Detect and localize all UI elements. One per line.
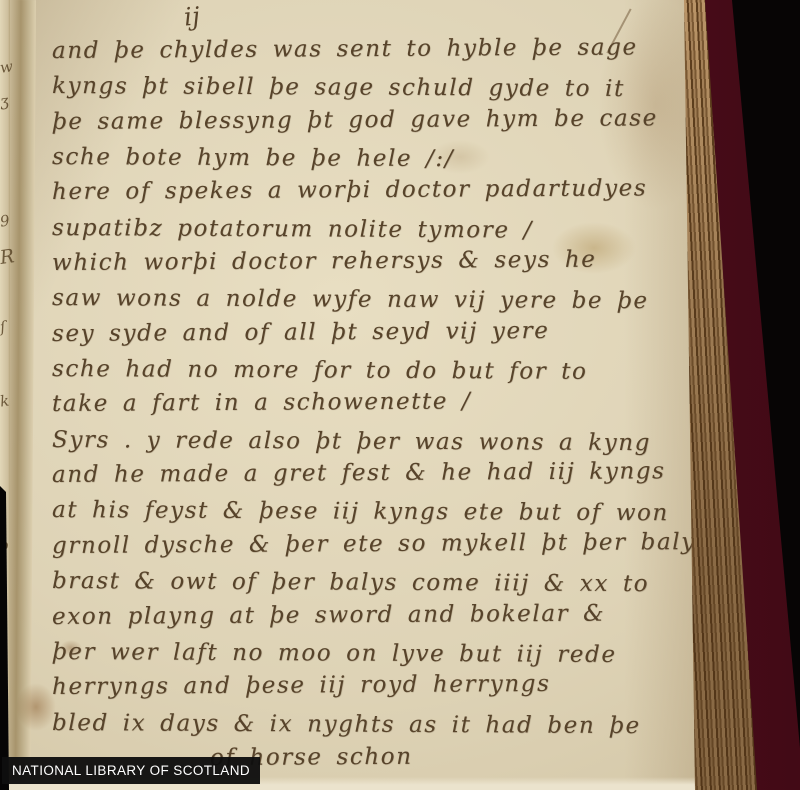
manuscript-line: and þe chyldes was sent to hyble þe sage [52, 30, 712, 69]
manuscript-text: and þe chyldes was sent to hyble þe sage… [52, 34, 712, 776]
manuscript-line: sey syde and of all þt seyd vij yere [52, 313, 712, 352]
manuscript-line: and he made a gret fest & he had iij kyn… [52, 454, 712, 493]
manuscript-line: of horse schon [210, 738, 712, 776]
manuscript-line: here of spekes a worþi doctor padartudye… [52, 171, 712, 210]
manuscript-photo: wʒ9Rſkɔ ij and þe chyldes was sent to hy… [0, 0, 800, 790]
folio-mark: ij [183, 1, 201, 31]
edge-letter-mark: w [0, 57, 14, 77]
manuscript-line: take a fart in a schowenette / [52, 383, 712, 422]
manuscript-line: exon playng at þe sword and bokelar & [52, 595, 712, 634]
credit-caption-label: NATIONAL LIBRARY OF SCOTLAND [12, 763, 250, 778]
manuscript-line: þe same blessyng þt god gave hym be case [52, 101, 712, 140]
parchment-stain [16, 683, 56, 731]
manuscript-line: herryngs and þese iij royd herryngs [52, 666, 712, 705]
manuscript-line: grnoll dysche & þer ete so mykell þt þer… [52, 525, 712, 564]
credit-caption: NATIONAL LIBRARY OF SCOTLAND [2, 757, 260, 784]
manuscript-line: which worþi doctor rehersys & seys he [52, 242, 712, 281]
edge-letter-mark: 9 [0, 211, 11, 230]
